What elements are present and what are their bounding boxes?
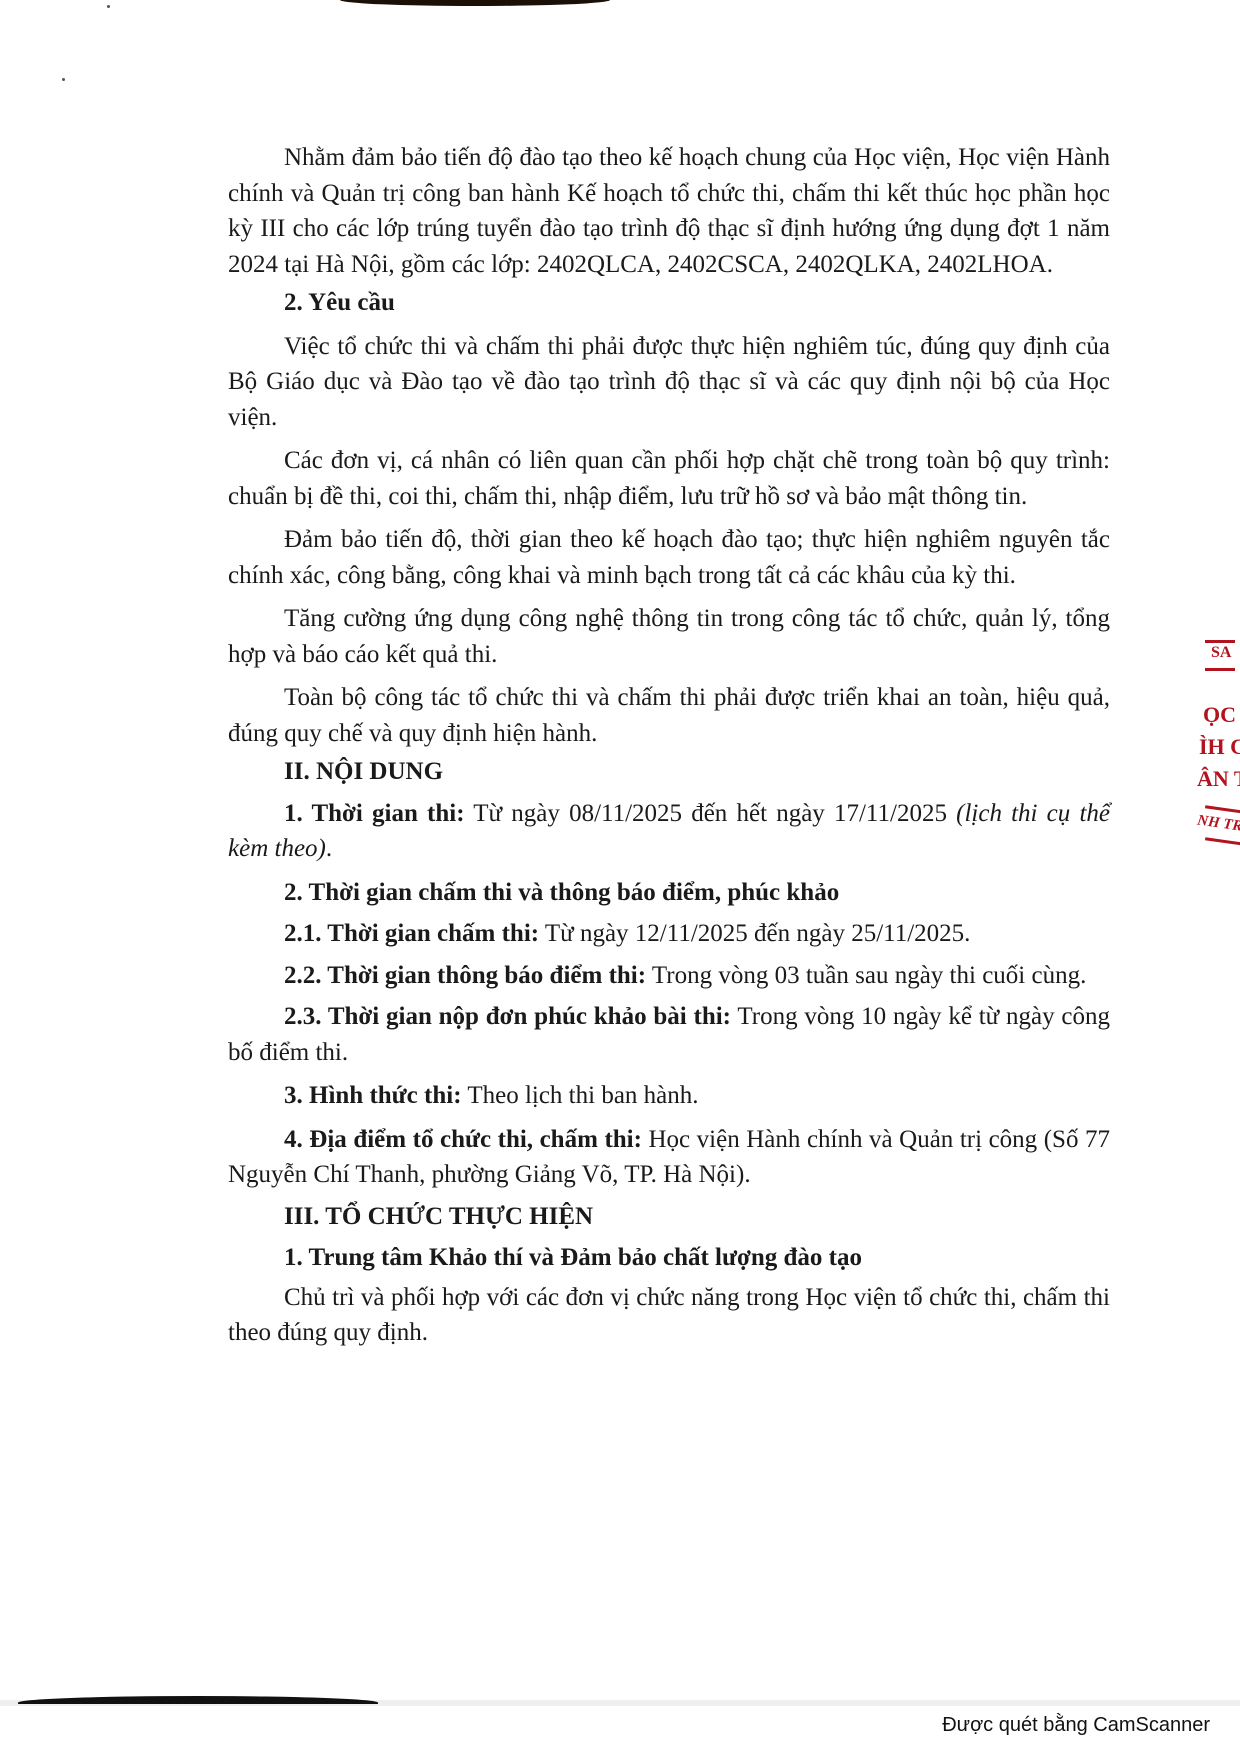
red-seal-stamp: SA ỌC ÌH C ÂN T NH TRỊ — [1195, 630, 1240, 870]
scan-edge-shadow-bottom — [18, 1696, 378, 1704]
grading-time-text: Từ ngày 12/11/2025 đến ngày 25/11/2025. — [539, 920, 970, 947]
score-notice-label: 2.2. Thời gian thông báo điểm thi: — [284, 962, 646, 989]
camscanner-watermark: Được quét bằng CamScanner — [942, 1714, 1210, 1737]
grading-time-label: 2.1. Thời gian chấm thi: — [284, 920, 539, 947]
stamp-line — [1205, 837, 1240, 846]
requirement-paragraph: Toàn bộ công tác tổ chức thi và chấm thi… — [228, 680, 1110, 751]
grading-time-paragraph: 2.1. Thời gian chấm thi: Từ ngày 12/11/2… — [228, 916, 1110, 952]
requirement-paragraph: Việc tổ chức thi và chấm thi phải được t… — [228, 329, 1110, 436]
format-label: 3. Hình thức thi: — [284, 1082, 462, 1109]
scan-edge-shadow-top — [340, 0, 610, 6]
scanned-page: Nhằm đảm bảo tiến độ đào tạo theo kế hoạ… — [0, 0, 1240, 1755]
requirements-heading: 2. Yêu cầu — [228, 285, 1110, 321]
format-text: Theo lịch thi ban hành. — [462, 1082, 699, 1109]
requirement-paragraph: Tăng cường ứng dụng công nghệ thông tin … — [228, 601, 1110, 672]
stamp-text: NH TRỊ — [1196, 813, 1240, 837]
exam-time-end: . — [326, 835, 332, 862]
appeal-label: 2.3. Thời gian nộp đơn phúc khảo bài thi… — [284, 1003, 731, 1030]
grading-heading: 2. Thời gian chấm thi và thông báo điểm,… — [228, 875, 1110, 911]
format-paragraph: 3. Hình thức thi: Theo lịch thi ban hành… — [228, 1078, 1110, 1114]
stamp-text: ÌH C — [1199, 734, 1240, 760]
score-notice-text: Trong vòng 03 tuần sau ngày thi cuối cùn… — [646, 962, 1086, 989]
intro-paragraph: Nhằm đảm bảo tiến độ đào tạo theo kế hoạ… — [228, 140, 1110, 282]
stamp-text: ÂN T — [1197, 766, 1240, 792]
appeal-paragraph: 2.3. Thời gian nộp đơn phúc khảo bài thi… — [228, 999, 1110, 1070]
stamp-line — [1205, 640, 1235, 643]
exam-time-paragraph: 1. Thời gian thi: Từ ngày 08/11/2025 đến… — [228, 796, 1110, 867]
scan-speck — [107, 5, 110, 8]
score-notice-paragraph: 2.2. Thời gian thông báo điểm thi: Trong… — [228, 958, 1110, 994]
exam-time-text: Từ ngày 08/11/2025 đến hết ngày 17/11/20… — [465, 800, 957, 827]
location-paragraph: 4. Địa điểm tổ chức thi, chấm thi: Học v… — [228, 1122, 1110, 1193]
implementation-heading: III. TỔ CHỨC THỰC HIỆN — [228, 1199, 1110, 1235]
unit-paragraph: Chủ trì và phối hợp với các đơn vị chức … — [228, 1280, 1110, 1351]
unit-heading: 1. Trung tâm Khảo thí và Đảm bảo chất lư… — [228, 1240, 1110, 1276]
exam-time-label: 1. Thời gian thi: — [284, 800, 465, 827]
content-heading: II. NỘI DUNG — [228, 754, 1110, 790]
stamp-text: ỌC — [1203, 702, 1236, 728]
location-label: 4. Địa điểm tổ chức thi, chấm thi: — [284, 1126, 642, 1153]
document-body: Nhằm đảm bảo tiến độ đào tạo theo kế hoạ… — [228, 140, 1110, 1351]
requirement-paragraph: Đảm bảo tiến độ, thời gian theo kế hoạch… — [228, 522, 1110, 593]
stamp-line — [1205, 668, 1235, 671]
scan-speck — [62, 78, 65, 81]
stamp-text: SA — [1211, 644, 1231, 662]
stamp-line — [1205, 805, 1240, 814]
requirement-paragraph: Các đơn vị, cá nhân có liên quan cần phố… — [228, 443, 1110, 514]
